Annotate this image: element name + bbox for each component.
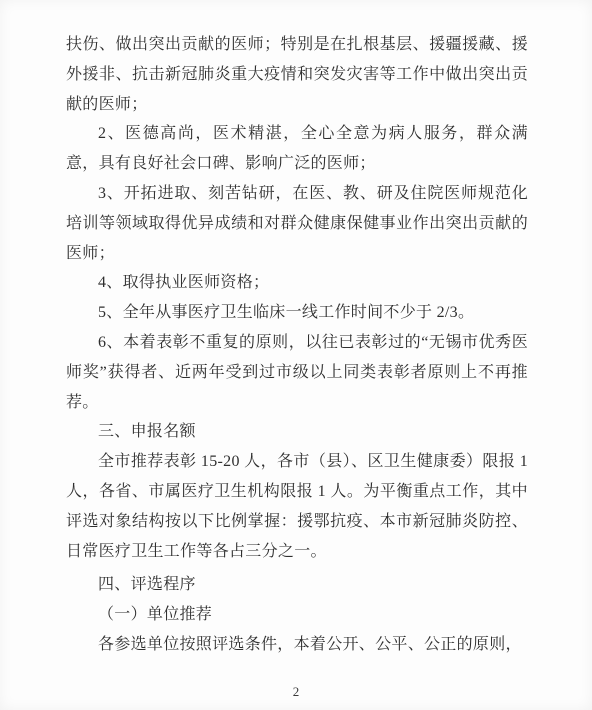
criterion-2: 2、医德高尚，医术精湛，全心全意为病人服务，群众满意，具有良好社会口碑、影响广泛…: [66, 119, 528, 179]
section-heading-quota: 三、申报名额: [66, 417, 528, 447]
paragraph-continuation: 扶伤、做出突出贡献的医师；特别是在扎根基层、援疆援藏、援外援非、抗击新冠肺炎重大…: [66, 30, 528, 119]
document-body: 扶伤、做出突出贡献的医师；特别是在扎根基层、援疆援藏、援外援非、抗击新冠肺炎重大…: [66, 30, 528, 660]
subsection-heading-unit-recommendation: （一）单位推荐: [66, 600, 528, 630]
criterion-3: 3、开拓进取、刻苦钻研，在医、教、研及住院医师规范化培训等领域取得优异成绩和对群…: [66, 179, 528, 268]
document-page: 扶伤、做出突出贡献的医师；特别是在扎根基层、援疆援藏、援外援非、抗击新冠肺炎重大…: [0, 0, 592, 710]
criterion-5: 5、全年从事医疗卫生临床一线工作时间不少于 2/3。: [66, 298, 528, 328]
procedure-paragraph: 各参选单位按照评选条件，本着公开、公平、公正的原则，: [66, 630, 528, 660]
page-number: 2: [0, 684, 592, 700]
criterion-4: 4、取得执业医师资格；: [66, 268, 528, 298]
criterion-6: 6、本着表彰不重复的原则，以往已表彰过的“无锡市优秀医师奖”获得者、近两年受到过…: [66, 328, 528, 417]
section-heading-procedure: 四、评选程序: [66, 570, 528, 600]
quota-paragraph: 全市推荐表彰 15-20 人，各市（县）、区卫生健康委）限报 1 人，各省、市属…: [66, 447, 528, 566]
